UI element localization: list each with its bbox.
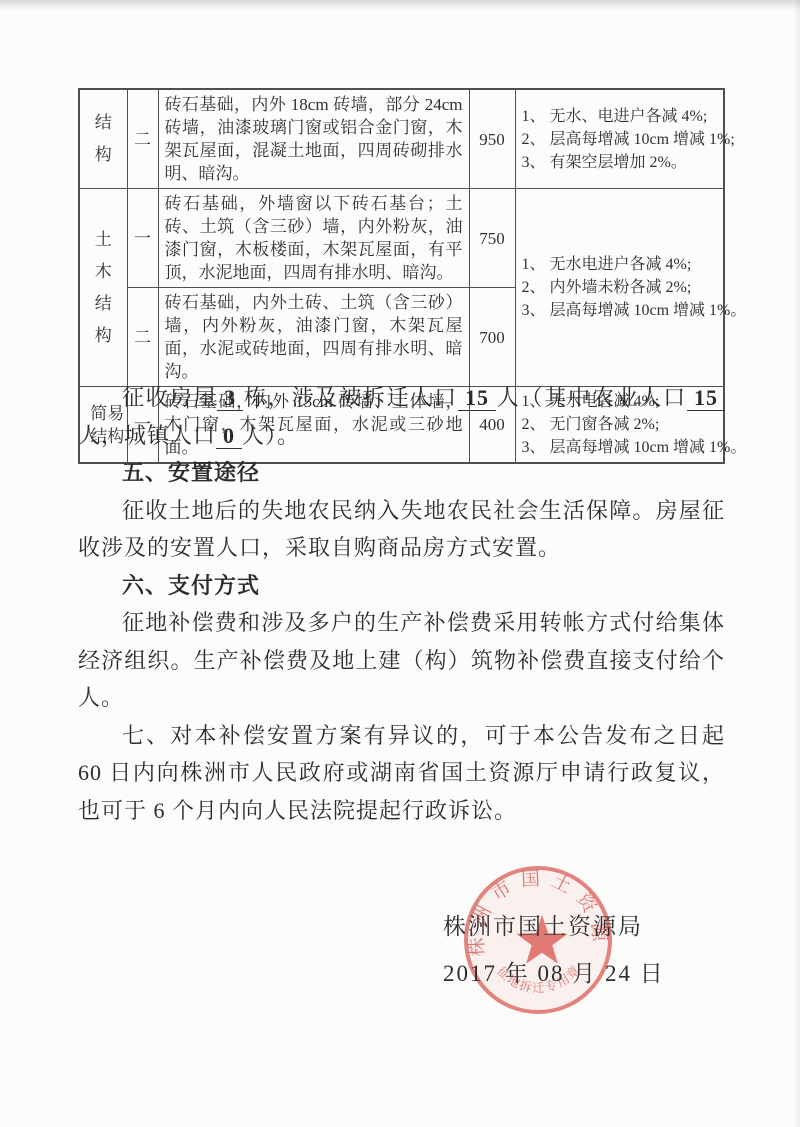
document-page: 结构 二 砖石基础，内外 18cm 砖墙，部分 24cm 砖墙，油漆玻璃门窗或铝…: [0, 0, 800, 1127]
category-label: 结构: [93, 107, 114, 171]
remark-line: 3、 层高每增减 10cm 增减 1%。: [522, 299, 718, 322]
table-row: 结构 二 砖石基础，内外 18cm 砖墙，部分 24cm 砖墙，油漆玻璃门窗或铝…: [79, 89, 724, 189]
category-cell: 土木结构: [79, 189, 127, 387]
stats-text: 人，城镇人口: [78, 423, 216, 448]
grade-cell: 二: [127, 288, 158, 387]
stats-text: 人）。: [242, 423, 300, 448]
section-seven-body: 七、对本补偿安置方案有异议的，可于本公告发布之日起 60 日内向株洲市人民政府或…: [78, 717, 725, 830]
stats-text: 栋，涉及被拆迁人口: [243, 385, 458, 410]
table-row: 土木结构 一 砖石基础，外墙窗以下砖石基台；土砖、土筑（含三砂）墙，内外粉灰，油…: [79, 189, 724, 288]
section-six-body: 征地补偿费和涉及多户的生产补偿费采用转帐方式付给集体经济组织。生产补偿费及地上建…: [78, 604, 725, 717]
category-cell: 结构: [79, 89, 127, 189]
signature-block: 株洲市国土资源局 2017 年 08 月 24 日: [443, 908, 665, 988]
remark-line: 2、 层高每增减 10cm 增减 1%;: [522, 128, 718, 151]
blank-num-people: 15: [458, 385, 496, 411]
stats-text: 征收房屋: [122, 385, 217, 410]
grade-cell: 二: [127, 89, 158, 189]
price-cell: 950: [469, 89, 515, 189]
document-body: 征收房屋3栋，涉及被拆迁人口15人（其中农业人口15人，城镇人口0人）。 五、安…: [78, 379, 725, 829]
remarks-cell: 1、 无水、电进户各减 4%; 2、 层高每增减 10cm 增减 1%; 3、 …: [515, 89, 724, 189]
price-cell: 700: [469, 288, 515, 387]
section-five-heading: 五、安置途径: [78, 454, 725, 492]
issuing-agency: 株洲市国土资源局: [443, 908, 665, 941]
remark-line: 3、 有架空层增加 2%。: [522, 151, 718, 174]
remark-line: 1、 无水电进户各减 4%;: [522, 253, 718, 276]
housing-stats-paragraph: 征收房屋3栋，涉及被拆迁人口15人（其中农业人口15人，城镇人口0人）。: [78, 379, 725, 454]
section-six-heading: 六、支付方式: [78, 567, 725, 605]
remark-line: 1、 无水、电进户各减 4%;: [522, 105, 718, 128]
price-cell: 750: [469, 189, 515, 288]
issue-date: 2017 年 08 月 24 日: [443, 955, 665, 988]
blank-num-agricultural: 15: [687, 385, 725, 411]
description-cell: 砖石基础，内外 18cm 砖墙，部分 24cm 砖墙，油漆玻璃门窗或铝合金门窗，…: [158, 89, 469, 189]
grade-cell: 一: [127, 189, 158, 288]
stats-text: 人（其中农业人口: [496, 385, 687, 410]
category-label: 土木结构: [93, 224, 114, 352]
section-five-body: 征收土地后的失地农民纳入失地农民社会生活保障。房屋征收涉及的安置人口，采取自购商…: [78, 492, 725, 567]
blank-num-buildings: 3: [217, 385, 243, 411]
blank-num-urban: 0: [216, 423, 242, 449]
description-cell: 砖石基础，内外土砖、土筑（含三砂）墙，内外粉灰，油漆门窗，木架瓦屋面，水泥或砖地…: [158, 288, 469, 387]
remarks-cell: 1、 无水电进户各减 4%; 2、 内外墙未粉各减 2%; 3、 层高每增减 1…: [515, 189, 724, 387]
description-cell: 砖石基础，外墙窗以下砖石基台；土砖、土筑（含三砂）墙，内外粉灰，油漆门窗，木板楼…: [158, 189, 469, 288]
remark-line: 2、 内外墙未粉各减 2%;: [522, 276, 718, 299]
